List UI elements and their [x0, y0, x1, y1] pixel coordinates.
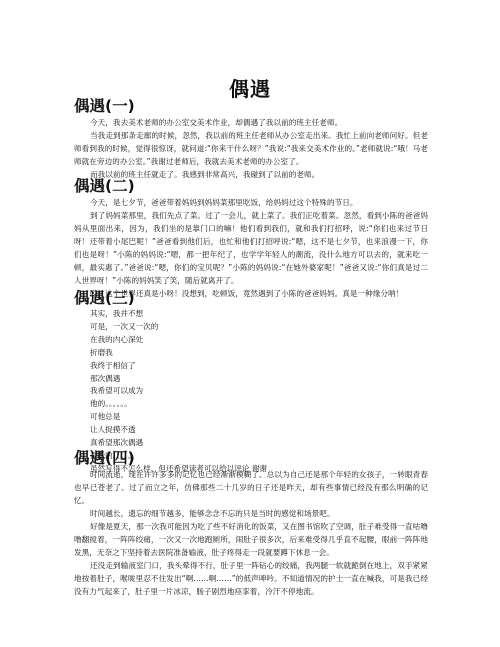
section-heading: 偶遇(二) — [74, 176, 428, 196]
paragraph: 还没走到输液室门口，我头晕得不行，肚子里一阵钻心的绞痛，我两腿一软就跪倒在地上，… — [74, 559, 428, 598]
section-heading: 偶遇(一) — [74, 96, 428, 116]
section-heading: 偶遇(四) — [74, 448, 428, 468]
poem-line: 那次偶遇 — [90, 373, 428, 386]
paragraph: 今天，是七夕节，爸爸带着妈妈到妈妈菜那里吃饭，给妈妈过这个特殊的节日。 — [74, 196, 428, 209]
poem-line: 让人捉摸不透 — [90, 424, 428, 437]
poem-line: 他的。。。。。。 — [90, 398, 428, 411]
paragraph: 今天，我去美术老师的办公室交美术作业，却偶遇了我以前的班主任老师。 — [74, 116, 428, 129]
paragraph: 时间越长，遗忘的细节越多，能够念念不忘的只是当时的感觉和场景吧。 — [74, 507, 428, 520]
paragraph: 好像是夏天，那一次我可能因为吃了些不好消化的饭菜，又在图书馆吹了空调，肚子难受得… — [74, 520, 428, 559]
paragraph: 到了妈妈菜那里，我们先点了菜。过了一会儿，就上菜了。我们正吃着菜。忽然，看到小陈… — [74, 209, 428, 287]
section-1: 偶遇(一) 今天，我去美术老师的办公室交美术作业，却偶遇了我以前的班主任老师。 … — [74, 96, 428, 181]
paragraph: 当我走到那条走廊的时候，忽然，我以前的班主任老师从办公室走出来。我忙上前向老师问… — [74, 129, 428, 168]
section-heading: 偶遇(三) — [74, 288, 428, 308]
poem-line: 可他总是 — [90, 411, 428, 424]
section-2: 偶遇(二) 今天，是七夕节，爸爸带着妈妈到妈妈菜那里吃饭，给妈妈过这个特殊的节日… — [74, 176, 428, 300]
poem-line: 我终于相信了 — [90, 360, 428, 373]
poem-line: 我希望可以成为 — [90, 385, 428, 398]
poem-line: 在我的内心深处 — [90, 334, 428, 347]
section-4: 偶遇(四) 时间流逝，现在许许多多的记忆也已经渐渐模糊了。总以为自己还是那个年轻… — [74, 448, 428, 598]
poem-line: 其实，我并不想 — [90, 308, 428, 321]
paragraph: 时间流逝，现在许许多多的记忆也已经渐渐模糊了。总以为自己还是那个年轻的女孩子，一… — [74, 468, 428, 507]
poem-line: 可是，一次又一次的 — [90, 321, 428, 334]
poem-line: 折磨我 — [90, 347, 428, 360]
